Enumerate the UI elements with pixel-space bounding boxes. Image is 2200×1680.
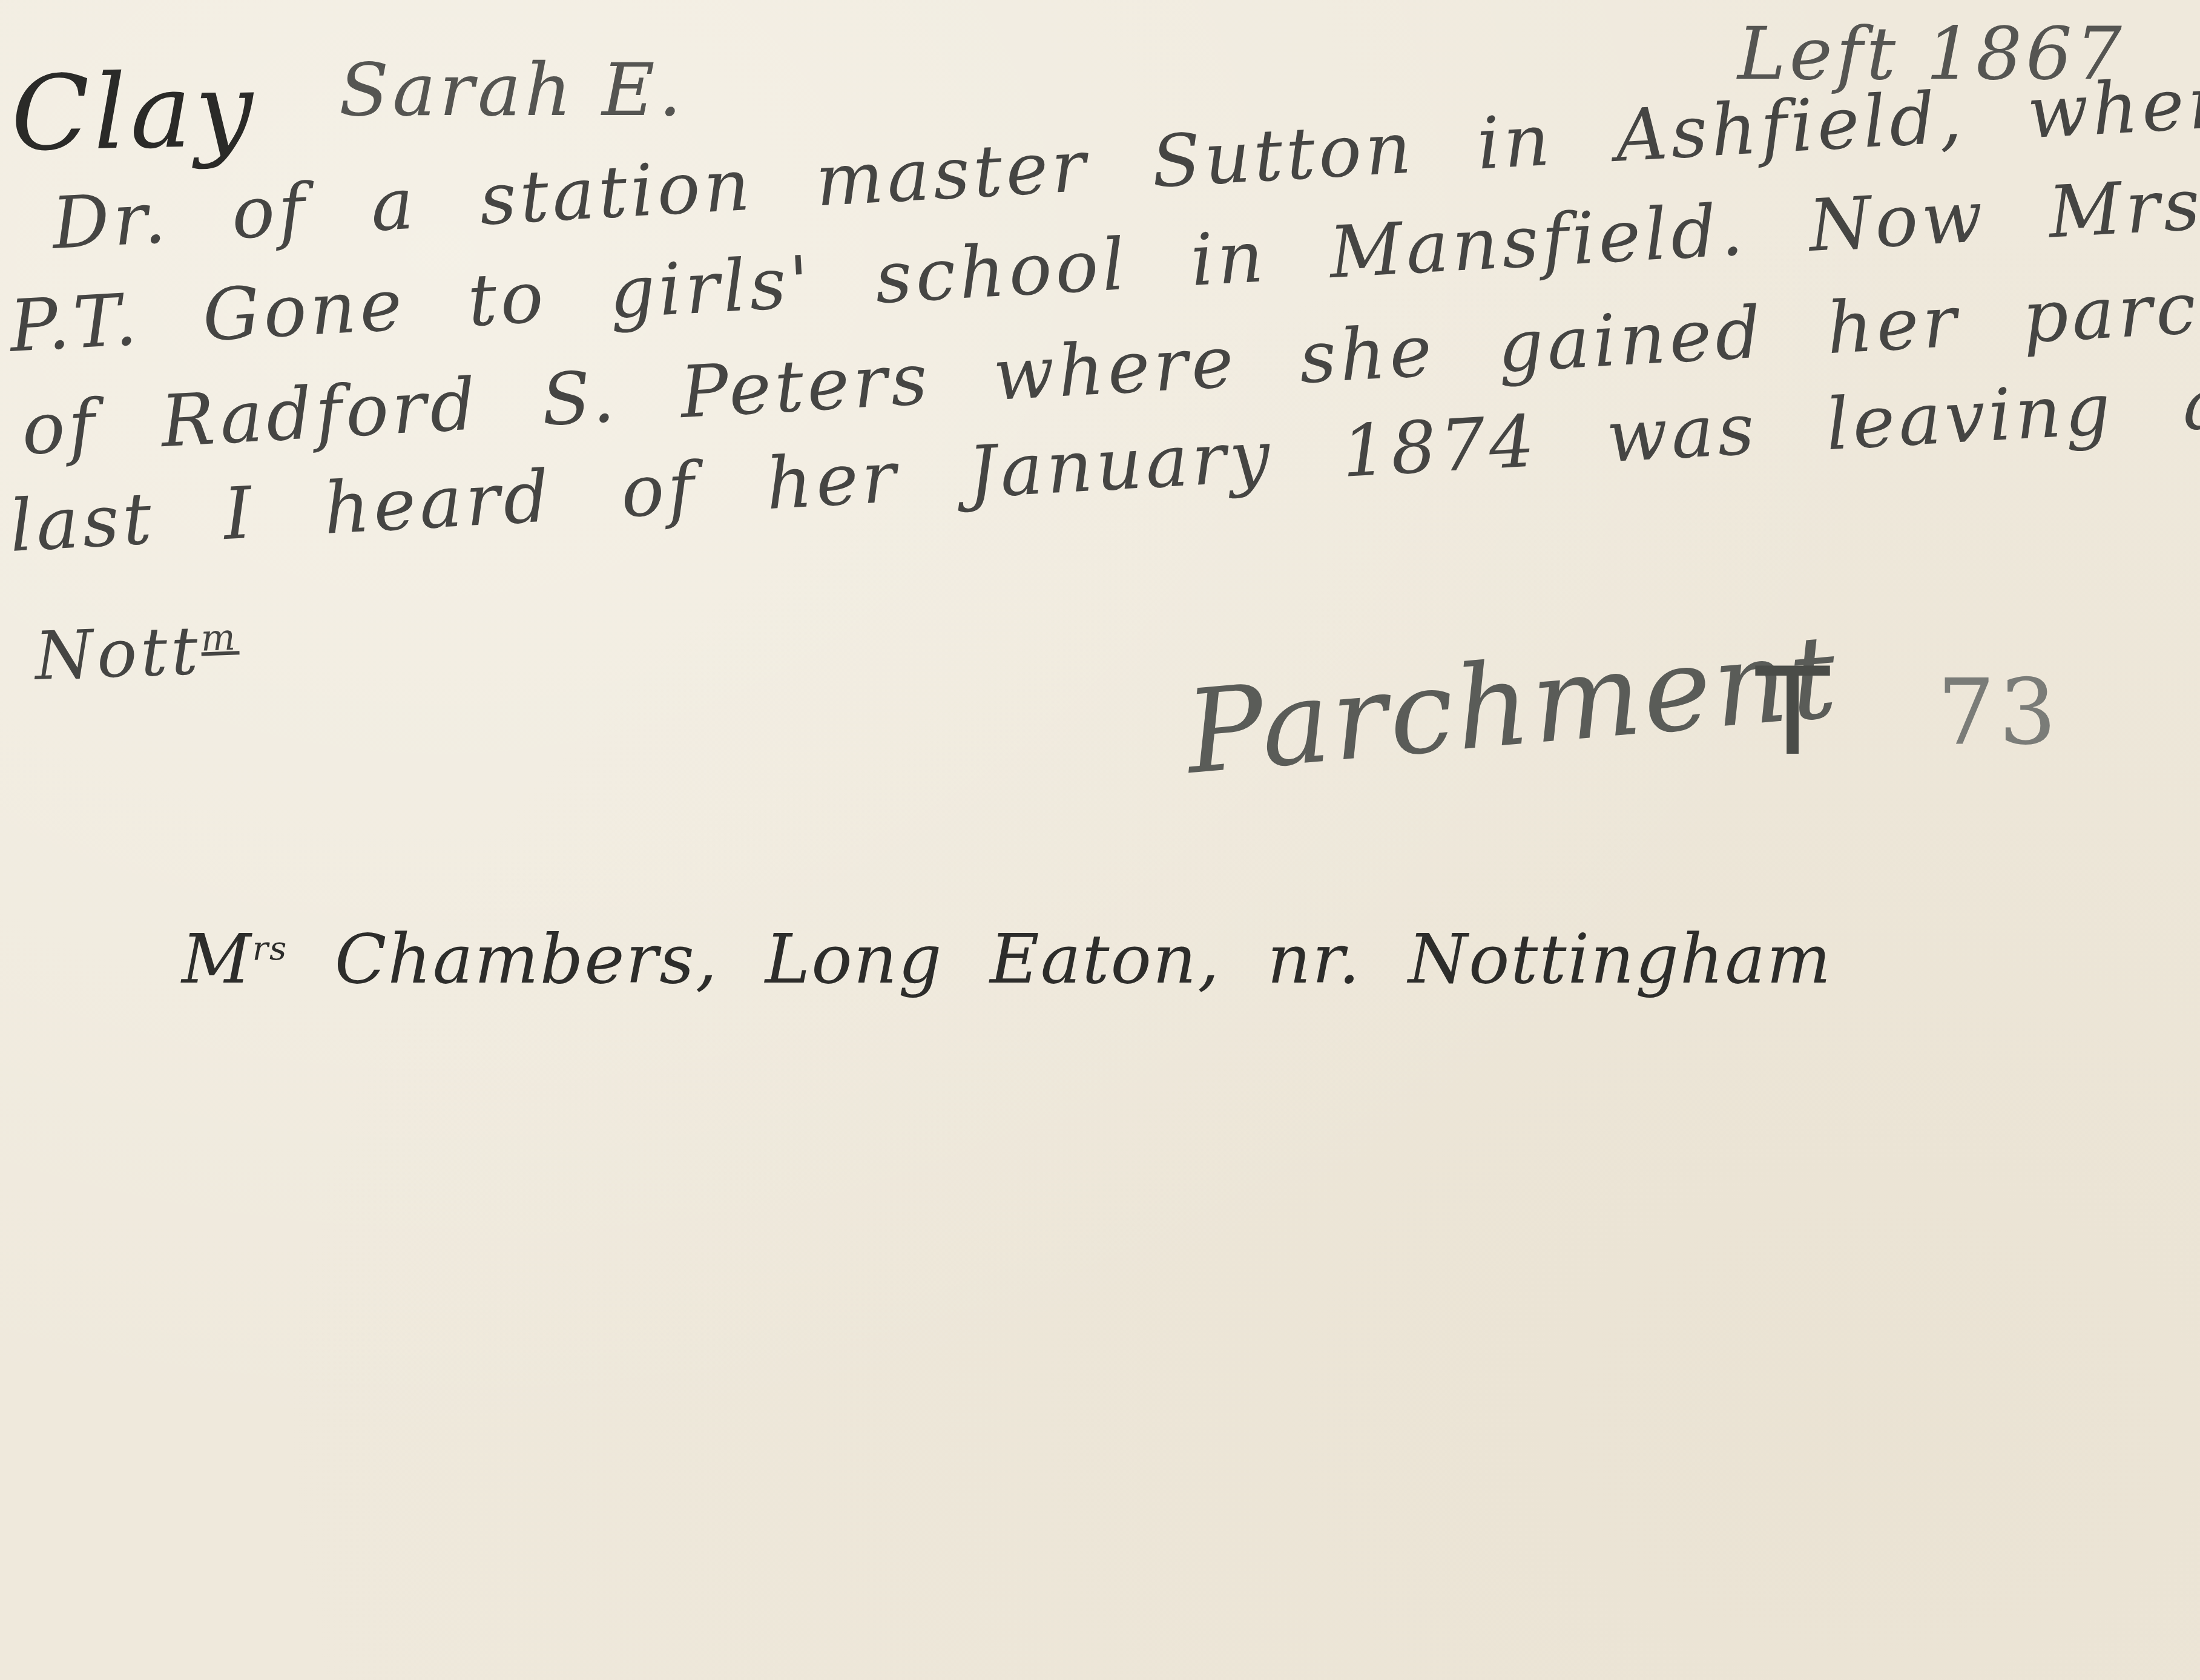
address-line: Mrs Chambers, Long Eaton, nr. Nottingham [182,920,1832,999]
handwritten-record-page: Clay Sarah E. Left 1867 Dr. of a station… [0,0,2200,1680]
address-prefix-superscript: rs [252,929,288,967]
closing-line-superscript: m [200,616,240,660]
parchment-label: Parchment [1181,610,1844,800]
parchment-mark: T [1756,642,1833,783]
surname: Clay [10,50,258,174]
closing-line-text: Nott [34,611,203,695]
address-text: Chambers, Long Eaton, nr. Nottingham [335,920,1832,999]
address-prefix: M [182,920,252,999]
parchment-number: 73 [1937,660,2060,765]
closing-line: Nottm [34,610,241,695]
given-names: Sarah E. [339,48,685,133]
